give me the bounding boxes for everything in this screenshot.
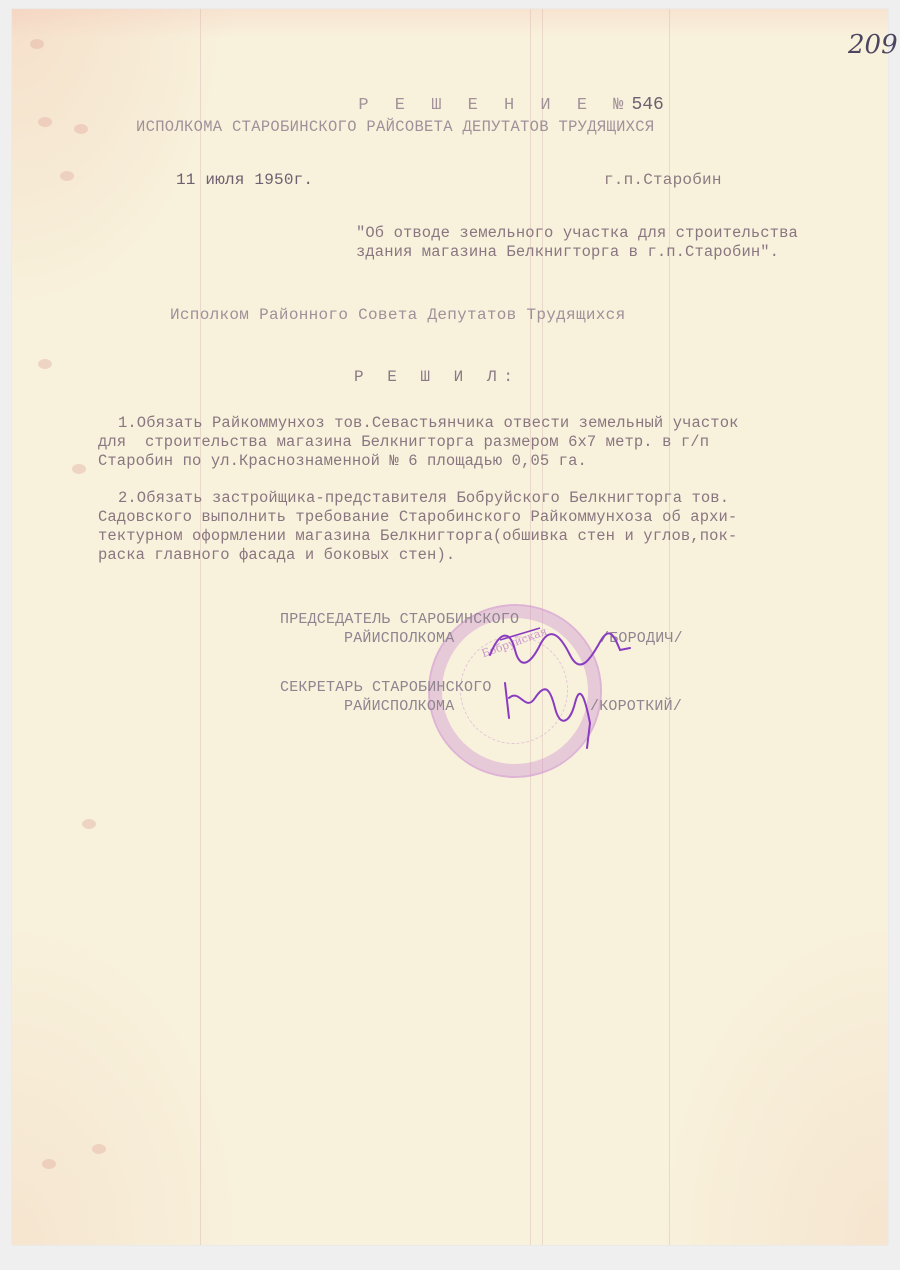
document-title: Р Е Ш Е Н И Е №546 <box>322 76 664 115</box>
chairman-title-2: РАЙИСПОЛКОМА <box>344 630 454 647</box>
paper-stain <box>60 171 74 181</box>
secretary-title-2: РАЙИСПОЛКОМА <box>344 698 454 715</box>
item-2-line-4: раска главного фасада и боковых стен). <box>98 546 455 564</box>
organization-heading: ИСПОЛКОМА СТАРОБИНСКОГО РАЙСОВЕТА ДЕПУТА… <box>136 118 654 136</box>
subject-line-2: здания магазина Белкнигторга в г.п.Старо… <box>356 243 779 261</box>
document-date: 11 июля 1950г. <box>176 171 313 189</box>
fold-line <box>200 9 201 1245</box>
paper-stain <box>82 819 96 829</box>
paper-stain <box>72 464 86 474</box>
paper-stain <box>30 39 44 49</box>
paper-stain <box>42 1159 56 1169</box>
paper-stain <box>38 117 52 127</box>
item-1-line-1: 1.Обязать Райкоммунхоз тов.Севастьянчика… <box>118 414 739 432</box>
paper-stain <box>92 1144 106 1154</box>
item-1-line-3: Старобин по ул.Краснознаменной № 6 площа… <box>98 452 587 470</box>
item-2-line-1: 2.Обязать застройщика-представителя Бобр… <box>118 489 729 507</box>
document-place: г.п.Старобин <box>604 171 722 189</box>
decision-number: 546 <box>631 95 663 115</box>
page-number: 209 <box>848 30 898 60</box>
title-label: Р Е Ш Е Н И Е № <box>358 96 631 115</box>
subject-line-1: "Об отводе земельного участка для строит… <box>356 224 798 242</box>
fold-line <box>669 9 670 1245</box>
preamble: Исполком Районного Совета Депутатов Труд… <box>170 306 625 324</box>
item-1-line-2: для строительства магазина Белкнигторга … <box>98 433 709 451</box>
item-2-line-2: Садовского выполнить требование Старобин… <box>98 508 737 526</box>
decided-heading: Р Е Ш И Л: <box>354 368 520 386</box>
chairman-signature <box>480 620 640 675</box>
secretary-title-1: СЕКРЕТАРЬ СТАРОБИНСКОГО <box>280 679 492 696</box>
secretary-signature <box>495 668 605 753</box>
item-2-line-3: тектурном оформлении магазина Белкнигтор… <box>98 527 737 545</box>
paper-stain <box>74 124 88 134</box>
paper-stain <box>38 359 52 369</box>
